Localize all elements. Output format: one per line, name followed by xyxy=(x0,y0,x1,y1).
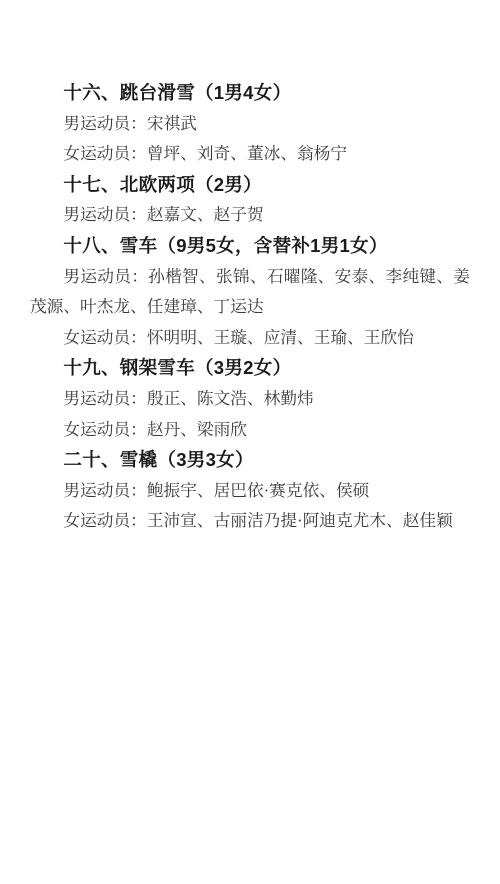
section-luge: 二十、雪橇（3男3女） 男运动员：鲍振宇、居巴依·赛克依、侯硕 女运动员：王沛宣… xyxy=(30,445,470,537)
athlete-line: 男运动员：孙楷智、张锦、石曜隆、安泰、李纯键、姜茂源、叶杰龙、任建璋、丁运达 xyxy=(30,262,470,323)
athlete-names: 王沛宣、古丽洁乃提·阿迪克尤木、赵佳颖 xyxy=(147,511,453,530)
section-heading: 十七、北欧两项（2男） xyxy=(30,170,470,201)
athlete-line: 男运动员：赵嘉文、赵子贺 xyxy=(30,200,470,231)
athlete-role-label: 女运动员： xyxy=(63,328,146,347)
document-page: 十六、跳台滑雪（1男4女） 男运动员：宋祺武 女运动员：曾坪、刘奇、董冰、翁杨宁… xyxy=(0,0,500,884)
athlete-line: 女运动员：怀明明、王璇、应清、王瑜、王欣怡 xyxy=(30,323,470,354)
athlete-names: 曾坪、刘奇、董冰、翁杨宁 xyxy=(147,144,347,163)
athlete-names: 宋祺武 xyxy=(147,114,197,133)
section-heading: 十八、雪车（9男5女，含替补1男1女） xyxy=(30,231,470,262)
athlete-role-label: 男运动员： xyxy=(63,205,146,224)
section-heading: 十六、跳台滑雪（1男4女） xyxy=(30,78,470,109)
athlete-line: 男运动员：殷正、陈文浩、林勤炜 xyxy=(30,384,470,415)
athlete-line: 女运动员：王沛宣、古丽洁乃提·阿迪克尤木、赵佳颖 xyxy=(30,506,470,537)
athlete-names: 赵丹、梁雨欣 xyxy=(147,420,247,439)
athlete-role-label: 男运动员： xyxy=(63,114,146,133)
athlete-names: 殷正、陈文浩、林勤炜 xyxy=(147,389,314,408)
athlete-line: 女运动员：赵丹、梁雨欣 xyxy=(30,415,470,446)
section-nordic-combined: 十七、北欧两项（2男） 男运动员：赵嘉文、赵子贺 xyxy=(30,170,470,231)
athlete-role-label: 男运动员： xyxy=(63,481,146,500)
athlete-role-label: 女运动员： xyxy=(63,511,146,530)
athlete-line: 男运动员：鲍振宇、居巴依·赛克依、侯硕 xyxy=(30,476,470,507)
athlete-names: 赵嘉文、赵子贺 xyxy=(147,205,264,224)
section-heading: 十九、钢架雪车（3男2女） xyxy=(30,353,470,384)
athlete-role-label: 男运动员： xyxy=(63,267,148,286)
athlete-role-label: 女运动员： xyxy=(63,144,146,163)
athlete-role-label: 女运动员： xyxy=(63,420,146,439)
section-bobsleigh: 十八、雪车（9男5女，含替补1男1女） 男运动员：孙楷智、张锦、石曜隆、安泰、李… xyxy=(30,231,470,353)
athlete-role-label: 男运动员： xyxy=(63,389,146,408)
section-skeleton: 十九、钢架雪车（3男2女） 男运动员：殷正、陈文浩、林勤炜 女运动员：赵丹、梁雨… xyxy=(30,353,470,445)
athlete-line: 男运动员：宋祺武 xyxy=(30,109,470,140)
athlete-names: 鲍振宇、居巴依·赛克依、侯硕 xyxy=(147,481,370,500)
athlete-line: 女运动员：曾坪、刘奇、董冰、翁杨宁 xyxy=(30,139,470,170)
athlete-names: 怀明明、王璇、应清、王瑜、王欣怡 xyxy=(147,328,414,347)
section-heading: 二十、雪橇（3男3女） xyxy=(30,445,470,476)
section-ski-jumping: 十六、跳台滑雪（1男4女） 男运动员：宋祺武 女运动员：曾坪、刘奇、董冰、翁杨宁 xyxy=(30,78,470,170)
